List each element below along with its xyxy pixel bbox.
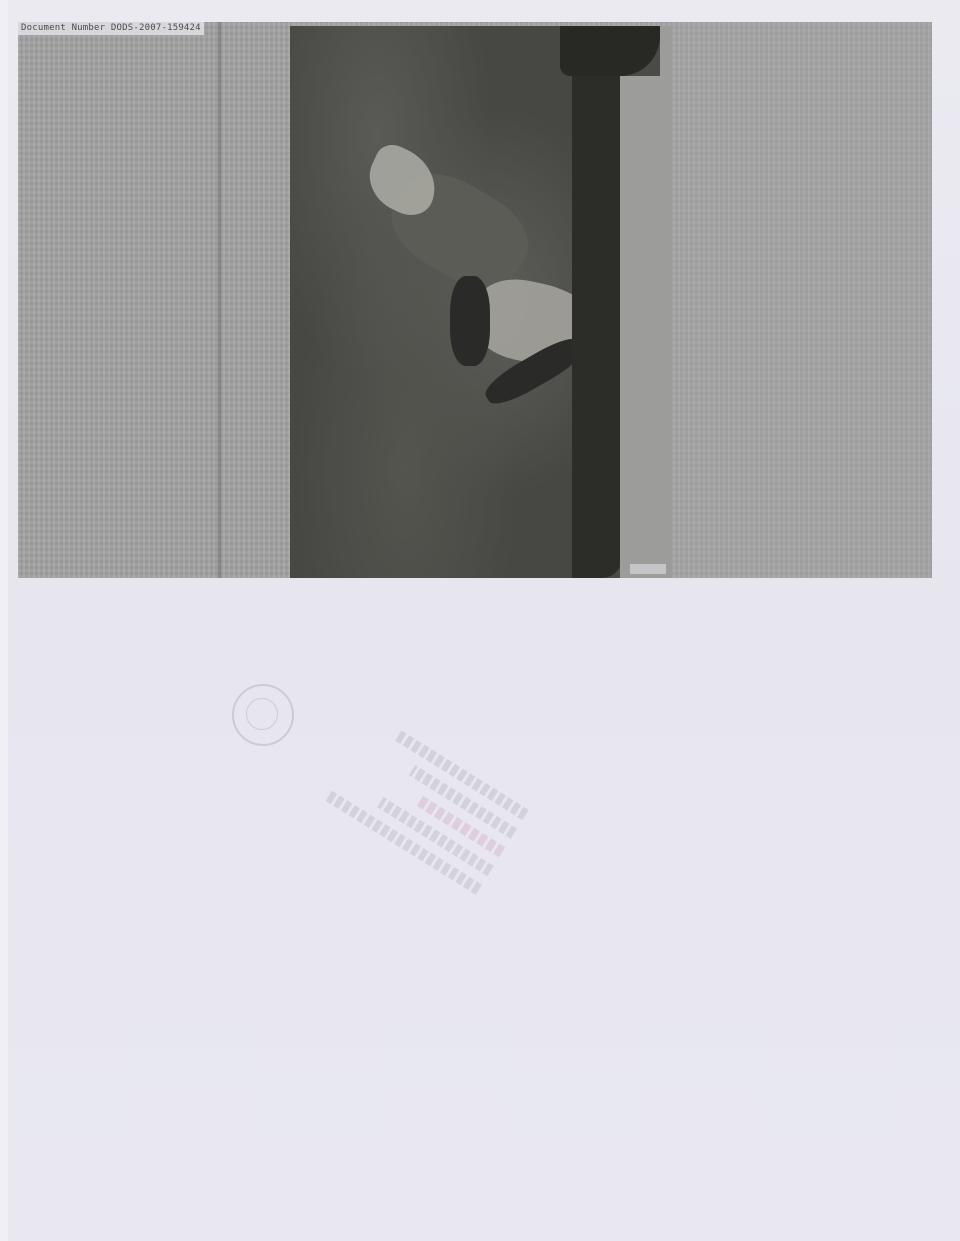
stamp-text-line [323, 789, 482, 895]
photograph [290, 26, 672, 578]
stamp-date-line [414, 794, 505, 857]
photo-sky [660, 26, 672, 76]
page-edge [0, 0, 8, 1241]
scan-artifact-band [672, 22, 932, 578]
stamp-text-line [395, 730, 529, 820]
photo-label-patch [630, 564, 666, 574]
document-number-label: Document Number DODS-2007-159424 [18, 22, 204, 35]
photo-shadow [450, 276, 490, 366]
scan-artifact-line [218, 22, 221, 578]
photo-treeline [560, 26, 660, 76]
bleed-through-stamp [216, 669, 534, 971]
photo-treeline [572, 26, 622, 578]
seal-stamp-icon [232, 684, 294, 746]
stamp-text-line [409, 765, 517, 839]
document-page: Document Number DODS-2007-159424 [0, 0, 960, 1241]
stamp-text-line [377, 797, 494, 876]
photo-sky [620, 76, 672, 578]
